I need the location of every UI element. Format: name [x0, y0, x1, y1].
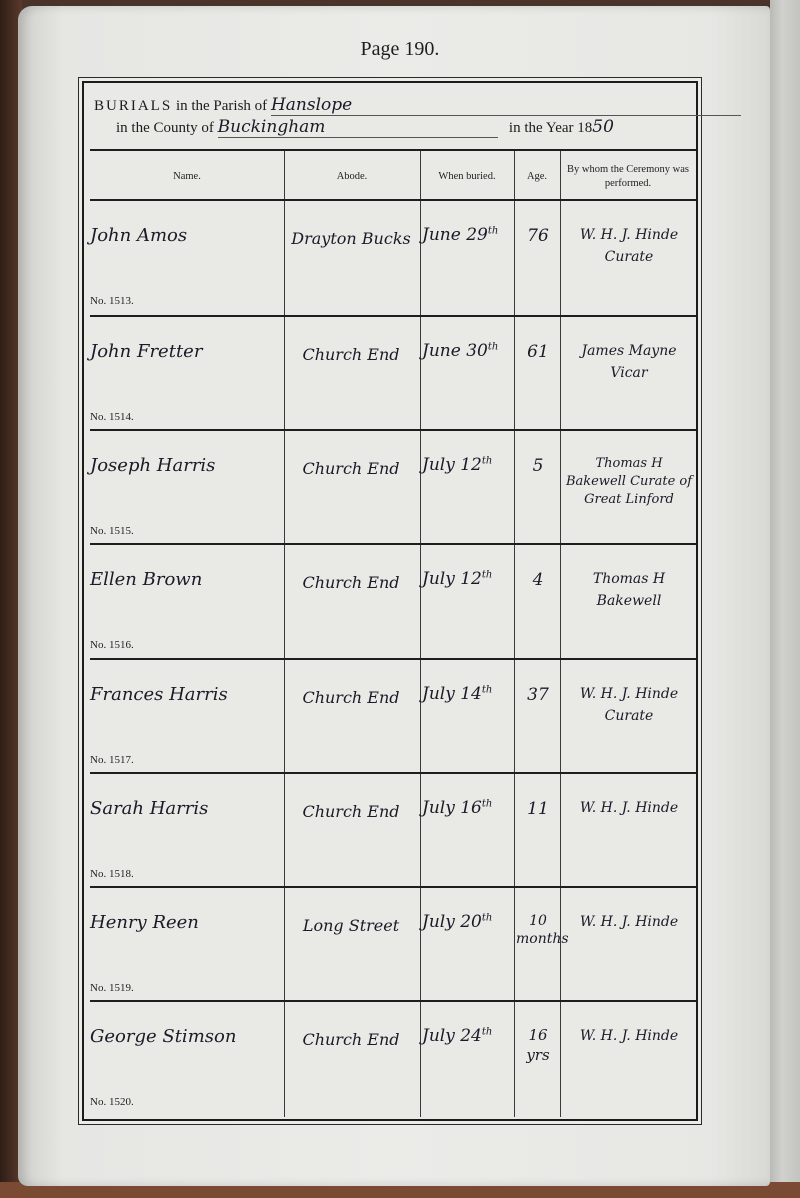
entry-abode: Church End — [286, 798, 416, 825]
burial-entry-row: John Fretter Church End June 30th 61 Jam… — [84, 317, 696, 431]
column-header-when-buried: When buried. — [420, 153, 514, 201]
entry-age: 5 — [516, 455, 560, 477]
entry-month: June — [422, 225, 461, 245]
entry-officiant: Thomas H Bakewell — [564, 569, 694, 612]
county-value: Buckingham — [218, 117, 326, 137]
heading-rule — [90, 149, 696, 151]
parish-value: Hanslope — [271, 95, 352, 115]
entry-officiant: W. H. J. Hinde — [564, 1026, 694, 1048]
entry-month: July — [422, 1026, 455, 1046]
burial-entry-row: John Amos Drayton Bucks June 29th 76 W. … — [84, 201, 696, 315]
year-printed: 18 — [577, 120, 592, 136]
column-header-age: Age. — [514, 153, 560, 201]
burial-entry-row: Henry Reen Long Street July 20th 10 mont… — [84, 888, 696, 1002]
entry-age: 10 months — [516, 912, 560, 948]
entry-date: July 16th — [422, 798, 514, 818]
entry-day-suffix: th — [482, 912, 492, 923]
entry-abode: Church End — [286, 1026, 416, 1053]
entry-officiant: W. H. J. Hinde Curate — [564, 684, 694, 727]
entry-name: John Amos — [90, 225, 280, 246]
county-prefix: in the County of — [116, 120, 214, 136]
entry-day: 16 — [460, 798, 482, 818]
entry-day-suffix: th — [488, 341, 498, 352]
entry-date: July 24th — [422, 1026, 514, 1046]
entry-date: July 14th — [422, 684, 514, 704]
adjacent-page-edge — [770, 0, 800, 1198]
entry-day-suffix: th — [482, 798, 492, 809]
entry-officiant: W. H. J. Hinde — [564, 912, 694, 934]
entry-name: George Stimson — [90, 1026, 280, 1047]
entry-name: Henry Reen — [90, 912, 280, 933]
entry-month: July — [422, 455, 455, 475]
entry-age: 76 — [516, 225, 560, 247]
burials-title: BURIALS — [94, 98, 172, 114]
entry-abode: Church End — [286, 684, 416, 711]
entry-number: No. 1519. — [90, 982, 134, 994]
entry-abode: Drayton Bucks — [286, 225, 416, 252]
entry-officiant: Thomas H Bakewell Curate of Great Linfor… — [564, 455, 694, 510]
entry-number: No. 1514. — [90, 411, 134, 423]
entry-number: No. 1520. — [90, 1096, 134, 1108]
burial-register-table: BURIALS in the Parish of Hanslope in the… — [82, 81, 698, 1121]
entry-date: July 20th — [422, 912, 514, 932]
entry-age: 11 — [516, 798, 560, 820]
parish-field: Hanslope — [271, 95, 741, 116]
page-number: Page 190. — [0, 38, 800, 61]
entry-number: No. 1515. — [90, 525, 134, 537]
entry-name: Frances Harris — [90, 684, 280, 705]
entry-month: July — [422, 684, 455, 704]
entry-age: 61 — [516, 341, 560, 363]
entry-age: 4 — [516, 569, 560, 591]
entry-date: June 30th — [422, 341, 514, 361]
column-header-name: Name. — [90, 153, 284, 201]
entry-name: Sarah Harris — [90, 798, 280, 819]
entry-date: June 29th — [422, 225, 514, 245]
burial-entry-row: Sarah Harris Church End July 16th 11 W. … — [84, 774, 696, 888]
entry-day: 30 — [466, 341, 488, 361]
entry-name: Joseph Harris — [90, 455, 280, 476]
entry-abode: Long Street — [286, 912, 416, 939]
burial-entry-row: George Stimson Church End July 24th 16 y… — [84, 1002, 696, 1116]
entry-day: 14 — [460, 684, 482, 704]
entry-number: No. 1517. — [90, 754, 134, 766]
entry-name: Ellen Brown — [90, 569, 280, 590]
entry-month: June — [422, 341, 461, 361]
entry-age: 16 yrs — [516, 1026, 560, 1065]
entry-name: John Fretter — [90, 341, 280, 362]
entry-month: July — [422, 569, 455, 589]
entry-number: No. 1518. — [90, 868, 134, 880]
column-header-by-whom: By whom the Ceremony was performed. — [562, 153, 694, 201]
entry-day-suffix: th — [482, 684, 492, 695]
entry-day: 12 — [460, 455, 482, 475]
entry-abode: Church End — [286, 341, 416, 368]
parish-prefix: in the Parish of — [176, 98, 267, 114]
entry-number: No. 1516. — [90, 639, 134, 651]
county-field: Buckingham — [218, 117, 498, 138]
entry-number: No. 1513. — [90, 295, 134, 307]
entry-officiant: W. H. J. Hinde — [564, 798, 694, 820]
entry-day-suffix: th — [482, 569, 492, 580]
entry-day: 29 — [466, 225, 488, 245]
parish-line: BURIALS in the Parish of Hanslope — [94, 95, 741, 116]
entry-date: July 12th — [422, 569, 514, 589]
entry-day: 12 — [460, 569, 482, 589]
entry-abode: Church End — [286, 569, 416, 596]
year-handwritten: 50 — [592, 117, 614, 137]
burial-entry-row: Joseph Harris Church End July 12th 5 Tho… — [84, 431, 696, 545]
year-prefix: in the Year — [509, 120, 574, 136]
entry-month: July — [422, 798, 455, 818]
register-heading: BURIALS in the Parish of Hanslope in the… — [84, 83, 696, 149]
entry-day: 20 — [460, 912, 482, 932]
burial-entry-row: Frances Harris Church End July 14th 37 W… — [84, 660, 696, 774]
entry-abode: Church End — [286, 455, 416, 482]
burial-entry-row: Ellen Brown Church End July 12th 4 Thoma… — [84, 545, 696, 659]
entry-officiant: James Mayne Vicar — [564, 341, 694, 384]
entry-month: July — [422, 912, 455, 932]
entry-date: July 12th — [422, 455, 514, 475]
entry-day-suffix: th — [482, 455, 492, 466]
entry-age: 37 — [516, 684, 560, 706]
entry-day: 24 — [460, 1026, 482, 1046]
column-header-abode: Abode. — [284, 153, 420, 201]
entry-day-suffix: th — [482, 1026, 492, 1037]
county-line: in the County of Buckingham in the Year … — [116, 117, 614, 138]
entry-officiant: W. H. J. Hinde Curate — [564, 225, 694, 268]
entry-day-suffix: th — [488, 225, 498, 236]
